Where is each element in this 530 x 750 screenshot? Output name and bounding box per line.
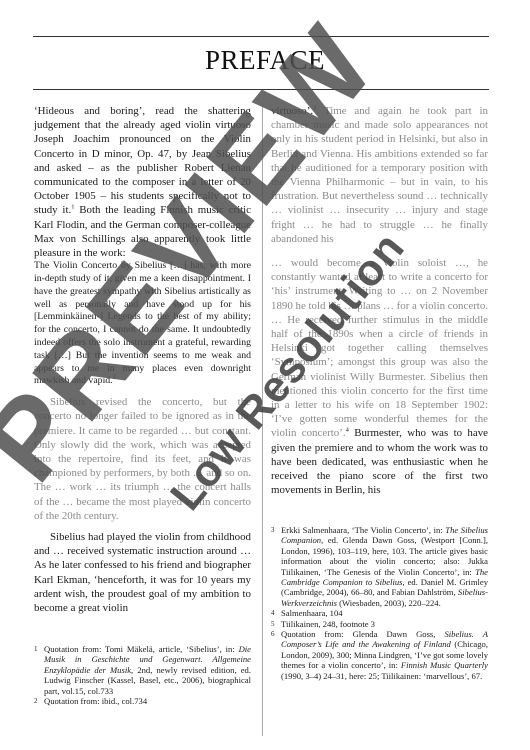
footnote-text: Quotation from: ibid., col.734 [44,696,251,706]
footnote-1: 1 Quotation from: Tomi Mäkelä, article, … [34,644,251,696]
footnote-text: Quotation from: Tomi Mäkelä, article, ‘S… [44,644,251,696]
paragraph-virtuoso: virtuoso’.3 Time and again he took part … [271,104,488,246]
footnote-6: 6 Quotation from: Glenda Dawn Goss, Sibe… [271,629,488,681]
right-column: virtuoso’.3 Time and again he took part … [271,104,488,497]
footnote-number: 2 [34,696,44,706]
footnote-text-part: (1990, 3–4) 24–31, here: 25; Tiilikainen… [281,671,482,681]
footnote-number: 5 [271,619,281,629]
footnote-5: 5 Tiilikainen, 248, footnote 3 [271,619,488,629]
footnote-3: 3 Erkki Salmenhaara, ‘The Violin Concert… [271,525,488,608]
paragraph-text: … would become a violin soloist …, he co… [271,257,488,439]
footnotes-left: 1 Quotation from: Tomi Mäkelä, article, … [34,644,251,706]
page-title: PREFACE [0,45,530,76]
quote-text: The Violin Concerto by Sibelius […] has,… [34,260,251,386]
block-quote: The Violin Concerto by Sibelius […] has,… [34,260,251,388]
title-rule-top [33,36,489,37]
footnote-text: Salmenhaara, 104 [281,608,488,618]
footnote-4: 4 Salmenhaara, 104 [271,608,488,618]
footnote-2: 2 Quotation from: ibid., col.734 [34,696,251,706]
paragraph-revision: Sibelius revised the concerto, but the c… [34,395,251,523]
footnote-text: Tiilikainen, 248, footnote 3 [281,619,488,629]
footnote-number: 3 [271,525,281,608]
paragraph-text: Time and again he took part in chamber m… [271,105,488,245]
left-column: ‘Hideous and boring’, read the shatterin… [34,104,251,615]
paragraph-text: Hideous and boring’, read the shattering… [34,105,251,216]
paragraph-opening: ‘Hideous and boring’, read the shatterin… [34,104,251,260]
paragraph-burmester: … would become a violin soloist …, he co… [271,256,488,497]
footnote-text-part: (Wiesbaden, 2003), 220–224. [337,598,441,608]
footnote-text-part: Erkki Salmenhaara, ‘The Violin Concerto’… [281,525,445,535]
footnote-text-part: Quotation from: Glenda Dawn Goss, [281,629,444,639]
title-rule-bottom [33,89,489,90]
footnote-text: Erkki Salmenhaara, ‘The Violin Concerto’… [281,525,488,608]
footnote-number: 4 [271,608,281,618]
footnote-ref[interactable]: 2 [113,374,116,381]
document-page: PREFACE ‘Hideous and boring’, read the s… [0,0,530,750]
footnotes-right: 3 Erkki Salmenhaara, ‘The Violin Concert… [271,525,488,681]
footnote-number: 6 [271,629,281,681]
column-divider [262,106,263,736]
footnote-title-italic: Finnish Music Quarterly [401,660,488,670]
footnote-text-part: Quotation from: Tomi Mäkelä, article, ‘S… [44,644,239,654]
paragraph-text: virtuoso’. [271,105,313,117]
footnote-number: 1 [34,644,44,696]
footnote-text: Quotation from: Glenda Dawn Goss, Sibeli… [281,629,488,681]
paragraph-childhood: Sibelius had played the violin from chil… [34,530,251,615]
